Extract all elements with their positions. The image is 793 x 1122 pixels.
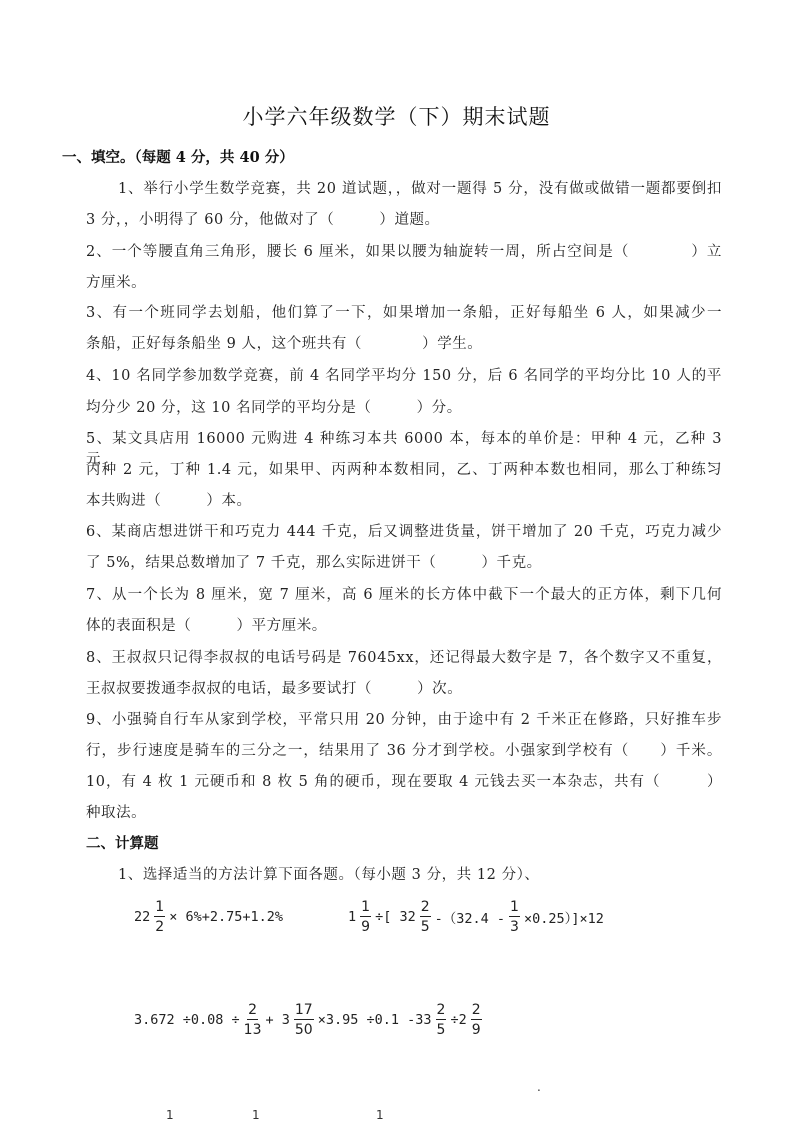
fraction: 2 13 (244, 1003, 262, 1037)
question-10-line-1: 10，有 4 枚 1 元硬币和 8 枚 5 角的硬币，现在要取 4 元钱去买一本… (86, 770, 722, 791)
question-3-line-2: 条船，正好每条船坐 9 人，这个班共有（ ）学生。 (86, 332, 722, 353)
fraction: 1 3 (509, 900, 520, 934)
footer-fragment: 1 (252, 1108, 260, 1122)
question-10-line-2: 种取法。 (86, 801, 722, 822)
expr1-whole: 22 (133, 909, 151, 925)
section-1-heading: 一、填空。（每题 4 分，共 40 分） (62, 146, 294, 167)
footer-fragment: 1 (166, 1108, 174, 1122)
page-title: 小学六年级数学（下）期末试题 (0, 101, 793, 131)
expression-1: 22 1 2 × 6%+2.75+1.2% (133, 900, 284, 934)
question-4-line-1: 4、10 名同学参加数学竞赛，前 4 名同学平均分 150 分，后 6 名同学的… (86, 364, 722, 385)
question-2-line-1: 2、一个等腰直角三角形，腰长 6 厘米，如果以腰为轴旋转一周，所占空间是（ ）立 (86, 240, 722, 261)
footer-fragment: . (537, 1080, 541, 1094)
question-3-line-1: 3、有一个班同学去划船，他们算了一下，如果增加一条船，正好每船坐 6 人，如果减… (86, 301, 722, 322)
fraction: 2 5 (420, 900, 431, 934)
question-1-line-1: 1、举行小学生数学竞赛，共 20 道试题，，做对一题得 5 分，没有做或做错一题… (118, 177, 722, 198)
question-7-line-1: 7、从一个长为 8 厘米，宽 7 厘米，高 6 厘米的长方体中截下一个最大的正方… (86, 583, 722, 604)
footer-fragment: 1 (376, 1108, 384, 1122)
expr1-rest: × 6%+2.75+1.2% (168, 909, 284, 925)
question-8-line-2: 王叔叔要拨通李叔叔的电话，最多要试打（ ）次。 (86, 677, 722, 698)
expression-3: 3.672 ÷0.08 ÷ 2 13 + 3 17 50 ×3.95 ÷0.1 … (133, 1003, 485, 1037)
section-2-heading: 二、计算题 (86, 832, 159, 853)
fraction: 2 5 (436, 1003, 447, 1037)
question-9-line-2: 行，步行速度是骑车的三分之一，结果用了 36 分才到学校。小强家到学校有（ ）千… (86, 739, 722, 760)
fraction: 2 9 (471, 1003, 482, 1037)
question-9-line-1: 9、小强骑自行车从家到学校，平常只用 20 分钟，由于途中有 2 千米正在修路，… (86, 708, 722, 729)
question-1-line-2: 3 分，，小明得了 60 分，他做对了（ ）道题。 (86, 208, 722, 229)
question-2-line-2: 方厘米。 (86, 271, 722, 292)
expression-2: 1 1 9 ÷[ 32 2 5 -（32.4 - 1 3 ×0.25）]×12 (347, 900, 605, 934)
question-5-line-2: 丙种 2 元，丁种 1.4 元，如果甲、丙两种本数相同，乙、丁两种本数也相同，那… (86, 458, 722, 479)
question-4-line-2: 均分少 20 分，这 10 名同学的平均分是（ ）分。 (86, 396, 722, 417)
question-6-line-2: 了 5%，结果总数增加了 7 千克，那么实际进饼干（ ）千克。 (86, 551, 722, 572)
question-7-line-2: 体的表面积是（ ）平方厘米。 (86, 614, 722, 635)
fraction: 1 2 (154, 900, 165, 934)
calc-instruction: 1、选择适当的方法计算下面各题。（每小题 3 分，共 12 分）、 (118, 863, 678, 884)
question-5-line-3: 本共购进（ ）本。 (86, 489, 722, 510)
question-6-line-1: 6、某商店想进饼干和巧克力 444 千克，后又调整进货量，饼干增加了 20 千克… (86, 520, 722, 541)
question-8-line-1: 8、王叔叔只记得李叔叔的电话号码是 76045xx，还记得最大数字是 7，各个数… (86, 646, 722, 667)
fraction: 1 9 (360, 900, 371, 934)
fraction: 17 50 (294, 1003, 314, 1037)
